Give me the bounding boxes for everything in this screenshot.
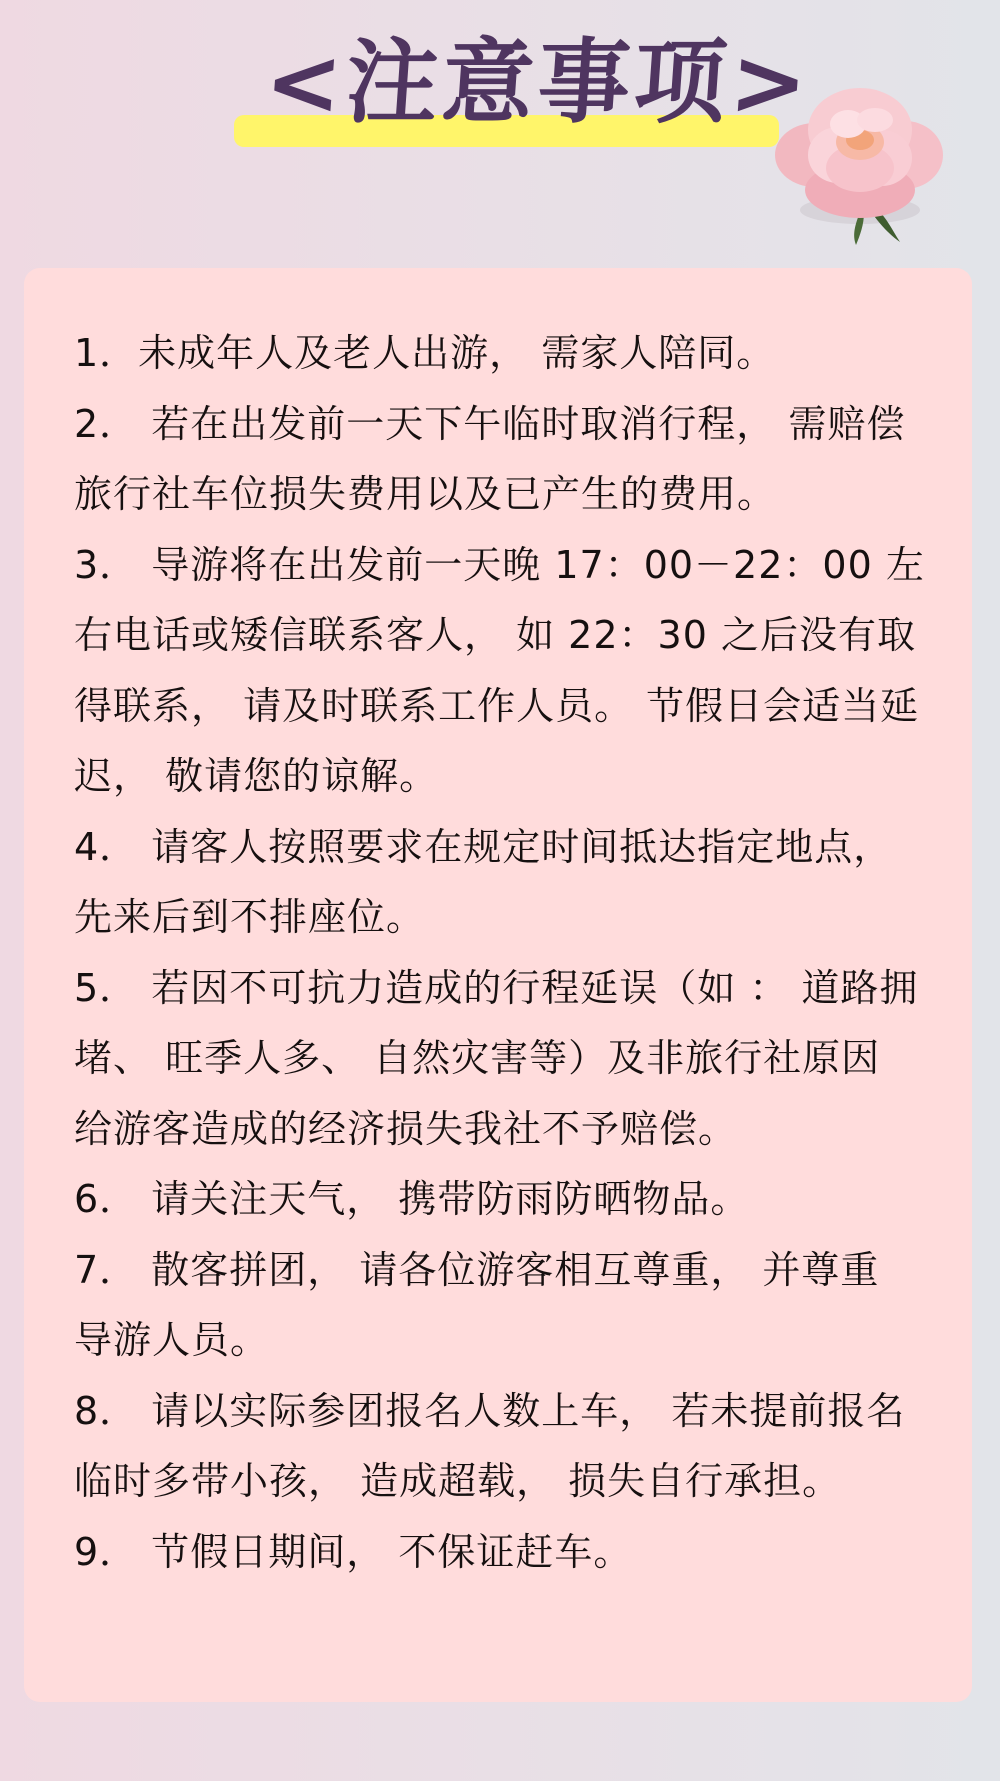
- notice-item-3-line-1: 3． 导游将在出发前一天晚 17：00－22：00 左: [74, 530, 954, 601]
- notice-item-7-line-2: 导游人员。: [74, 1305, 954, 1376]
- notice-item-5-line-3: 给游客造成的经济损失我社不予赔偿。: [74, 1094, 954, 1165]
- notice-item-3-line-2: 右电话或矮信联系客人， 如 22：30 之后没有取: [74, 600, 954, 671]
- notice-item-8-line-1: 8． 请以实际参团报名人数上车， 若未提前报名: [74, 1376, 954, 1447]
- notice-item-7-line-1: 7． 散客拼团， 请各位游客相互尊重， 并尊重: [74, 1235, 954, 1306]
- page-header: <注意事项>: [0, 0, 1000, 260]
- notice-item-1-line-1: 1．未成年人及老人出游， 需家人陪同。: [74, 318, 954, 389]
- notice-item-3-line-3: 得联系， 请及时联系工作人员。 节假日会适当延: [74, 671, 954, 742]
- notice-item-4-line-1: 4． 请客人按照要求在规定时间抵达指定地点，: [74, 812, 954, 883]
- notice-item-6-line-1: 6． 请关注天气， 携带防雨防晒物品。: [74, 1164, 954, 1235]
- notice-item-5-line-1: 5． 若因不可抗力造成的行程延误（如 ： 道路拥: [74, 953, 954, 1024]
- notice-item-2-line-2: 旅行社车位损失费用以及已产生的费用。: [74, 459, 954, 530]
- notice-item-3-line-4: 迟， 敬请您的谅解。: [74, 741, 954, 812]
- notice-item-4-line-2: 先来后到不排座位。: [74, 882, 954, 953]
- notice-list: 1．未成年人及老人出游， 需家人陪同。 2． 若在出发前一天下午临时取消行程， …: [74, 318, 954, 1587]
- notice-item-2-line-1: 2． 若在出发前一天下午临时取消行程， 需赔偿: [74, 389, 954, 460]
- notice-item-9-line-1: 9． 节假日期间， 不保证赶车。: [74, 1517, 954, 1588]
- page-title: <注意事项>: [261, 28, 789, 138]
- notice-item-8-line-2: 临时多带小孩， 造成超载， 损失自行承担。: [74, 1446, 954, 1517]
- peony-flower-icon: [760, 60, 950, 250]
- notice-item-5-line-2: 堵、 旺季人多、 自然灾害等）及非旅行社原因: [74, 1023, 954, 1094]
